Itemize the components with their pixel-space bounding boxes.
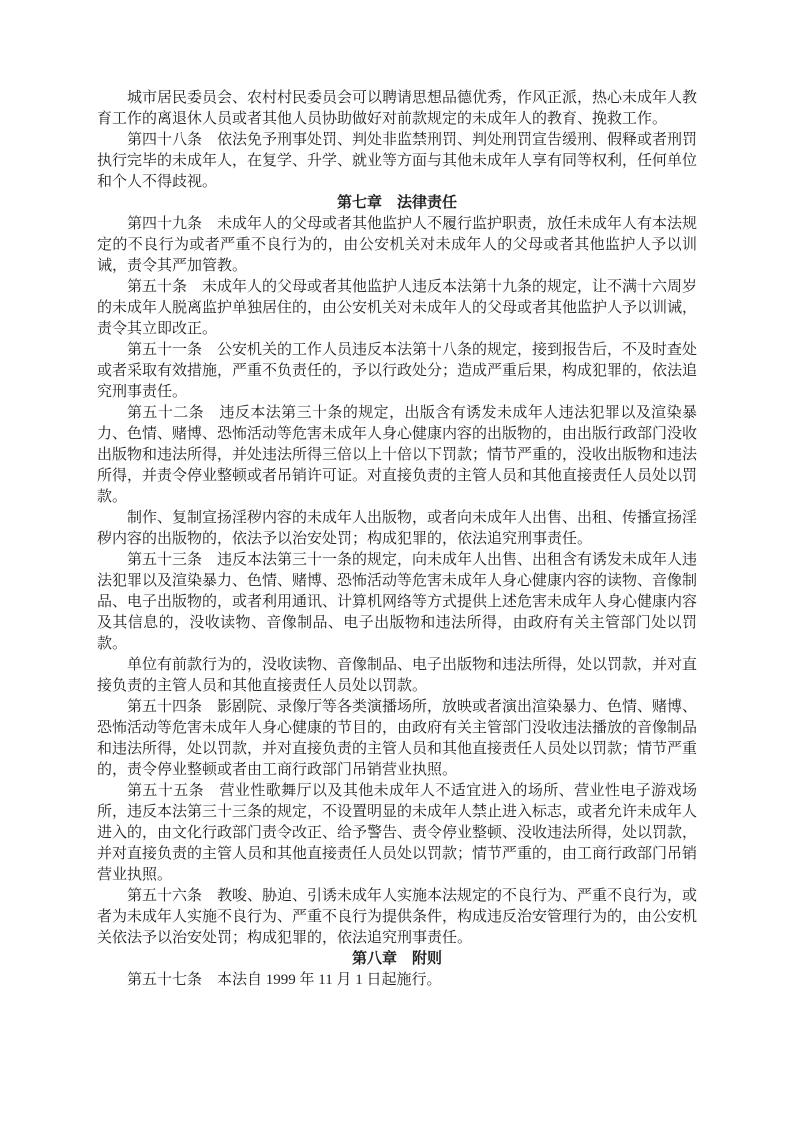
law-paragraph: 城市居民委员会、农村村民委员会可以聘请思想品德优秀，作风正派，热心未成年人教育工…	[97, 88, 697, 130]
law-paragraph: 第五十七条 本法自 1999 年 11 月 1 日起施行。	[97, 970, 697, 991]
law-paragraph: 第五十二条 违反本法第三十条的规定，出版含有诱发未成年人违法犯罪以及渲染暴力、色…	[97, 403, 697, 508]
chapter-heading: 第七章 法律责任	[97, 193, 697, 214]
law-paragraph: 第五十四条 影剧院、录像厅等各类演播场所，放映或者演出渲染暴力、色情、赌博、恐怖…	[97, 697, 697, 781]
law-paragraph: 第五十条 未成年人的父母或者其他监护人违反本法第十九条的规定，让不满十六周岁的未…	[97, 277, 697, 340]
law-paragraph: 单位有前款行为的，没收读物、音像制品、电子出版物和违法所得，处以罚款，并对直接负…	[97, 655, 697, 697]
law-paragraph: 第五十三条 违反本法第三十一条的规定，向未成年人出售、出租含有诱发未成年人违法犯…	[97, 550, 697, 655]
law-paragraph: 第五十五条 营业性歌舞厅以及其他未成年人不适宜进入的场所、营业性电子游戏场所，违…	[97, 781, 697, 886]
document-body: 城市居民委员会、农村村民委员会可以聘请思想品德优秀，作风正派，热心未成年人教育工…	[97, 88, 697, 991]
law-paragraph: 第五十一条 公安机关的工作人员违反本法第十八条的规定，接到报告后，不及时查处或者…	[97, 340, 697, 403]
chapter-heading: 第八章 附则	[97, 949, 697, 970]
law-paragraph: 制作、复制宣扬淫秽内容的未成年人出版物，或者向未成年人出售、出租、传播宣扬淫秽内…	[97, 508, 697, 550]
law-paragraph: 第四十九条 未成年人的父母或者其他监护人不履行监护职责，放任未成年人有本法规定的…	[97, 214, 697, 277]
document-page: 城市居民委员会、农村村民委员会可以聘请思想品德优秀，作风正派，热心未成年人教育工…	[0, 0, 793, 1122]
law-paragraph: 第四十八条 依法免予刑事处罚、判处非监禁刑罚、判处刑罚宣告缓刑、假释或者刑罚执行…	[97, 130, 697, 193]
law-paragraph: 第五十六条 教唆、胁迫、引诱未成年人实施本法规定的不良行为、严重不良行为，或者为…	[97, 886, 697, 949]
